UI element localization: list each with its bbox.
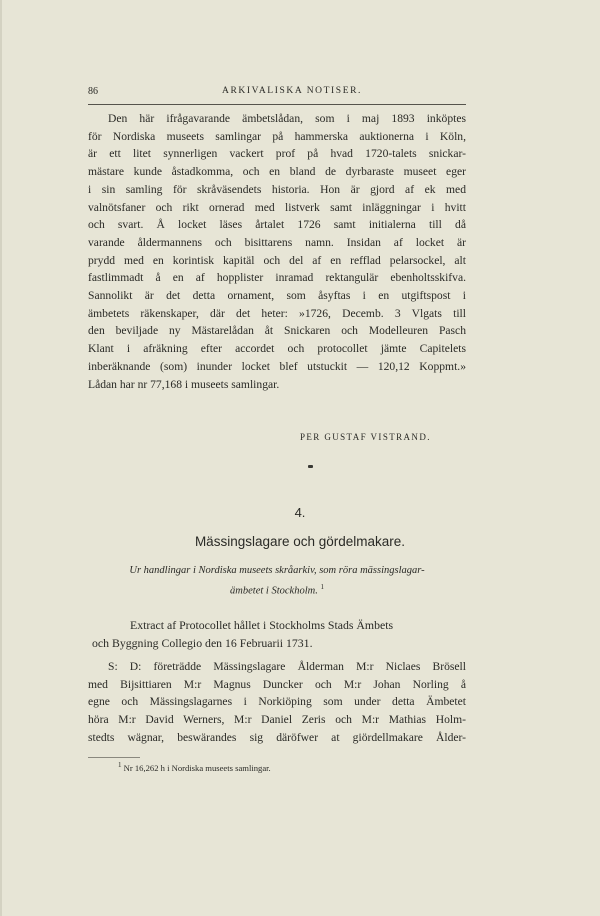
extract-line: och Byggning Collegio den 16 Februarii 1…	[92, 634, 313, 652]
text-line: Lådan har nr 77,168 i museets samlingar.	[88, 376, 466, 394]
author-signature: PER GUSTAF VISTRAND.	[300, 432, 431, 442]
section-separator	[308, 465, 313, 468]
subtitle-line: Ur handlingar i Nordiska museets skråark…	[129, 565, 424, 576]
text-line: prydd med en korintisk kapitäl och del a…	[88, 252, 466, 270]
text-line: Den här ifrågavarande ämbetslådan, som i…	[88, 110, 466, 128]
text-line: mästare kunde åstadkomma, och en bland d…	[88, 163, 466, 181]
text-line: valnötsfaner och rikt ornerad med listve…	[88, 199, 466, 217]
extract-heading: Extract af Protocollet hållet i Stockhol…	[130, 616, 466, 652]
running-title: ARKIVALISKA NOTISER.	[88, 86, 466, 96]
page-edge	[0, 0, 2, 916]
text-line: med Bijsittiaren M:r Magnus Duncker och …	[88, 676, 466, 694]
section-title: Mässingslagare och gördelmakare.	[0, 534, 600, 549]
text-line: Klant i afräkning efter accordet och pro…	[88, 340, 466, 358]
text-line: den beviljade ny Mästarelådan åt Snickar…	[88, 322, 466, 340]
text-line: ämbetets räkenskaper, där det heter: »17…	[88, 305, 466, 323]
footnote-reference: 1	[320, 583, 324, 591]
text-line: egne och Mässingslagarnes i Norkiöping s…	[88, 693, 466, 711]
paragraph-ambetsladan: Den här ifrågavarande ämbetslådan, som i…	[88, 110, 466, 393]
text-line: Sannolikt är det detta ornament, som åsy…	[88, 287, 466, 305]
text-line: och svart. Å locket läses årtalet 1726 s…	[88, 216, 466, 234]
paragraph-protocol: S: D: företrädde Mässingslagare Ålderman…	[88, 658, 466, 747]
text-line: stedts wägnar, beswärandes sig däröfwer …	[88, 729, 466, 747]
footnote-rule	[88, 757, 140, 758]
text-line: S: D: företrädde Mässingslagare Ålderman…	[88, 658, 466, 676]
extract-line: Extract af Protocollet hållet i Stockhol…	[130, 618, 393, 632]
section-number: 4.	[0, 505, 600, 520]
header-rule	[88, 104, 466, 105]
text-line: fastlimmadt å en af hopplister inramad r…	[88, 269, 466, 287]
text-line: inberäknande (som) inunder locket blef u…	[88, 358, 466, 376]
document-page: 86 ARKIVALISKA NOTISER. Den här ifrågava…	[0, 0, 600, 916]
subtitle-line: ämbetet i Stockholm.	[230, 586, 318, 597]
footnote-text: Nr 16,262 h i Nordiska museets samlingar…	[124, 763, 271, 773]
footnote-marker: 1	[118, 761, 122, 769]
text-line: i sin samling för skråväsendets historia…	[88, 181, 466, 199]
text-line: är ett litet synnerligen vackert prof på…	[88, 145, 466, 163]
text-line: varande åldermannens och bisittarens nam…	[88, 234, 466, 252]
text-line: höra M:r David Werners, M:r Daniel Zeris…	[88, 711, 466, 729]
section-subtitle: Ur handlingar i Nordiska museets skråark…	[88, 562, 466, 600]
footnote: 1 Nr 16,262 h i Nordiska museets samling…	[118, 761, 271, 773]
text-line: för Nordiska museets samlingar på hammer…	[88, 128, 466, 146]
